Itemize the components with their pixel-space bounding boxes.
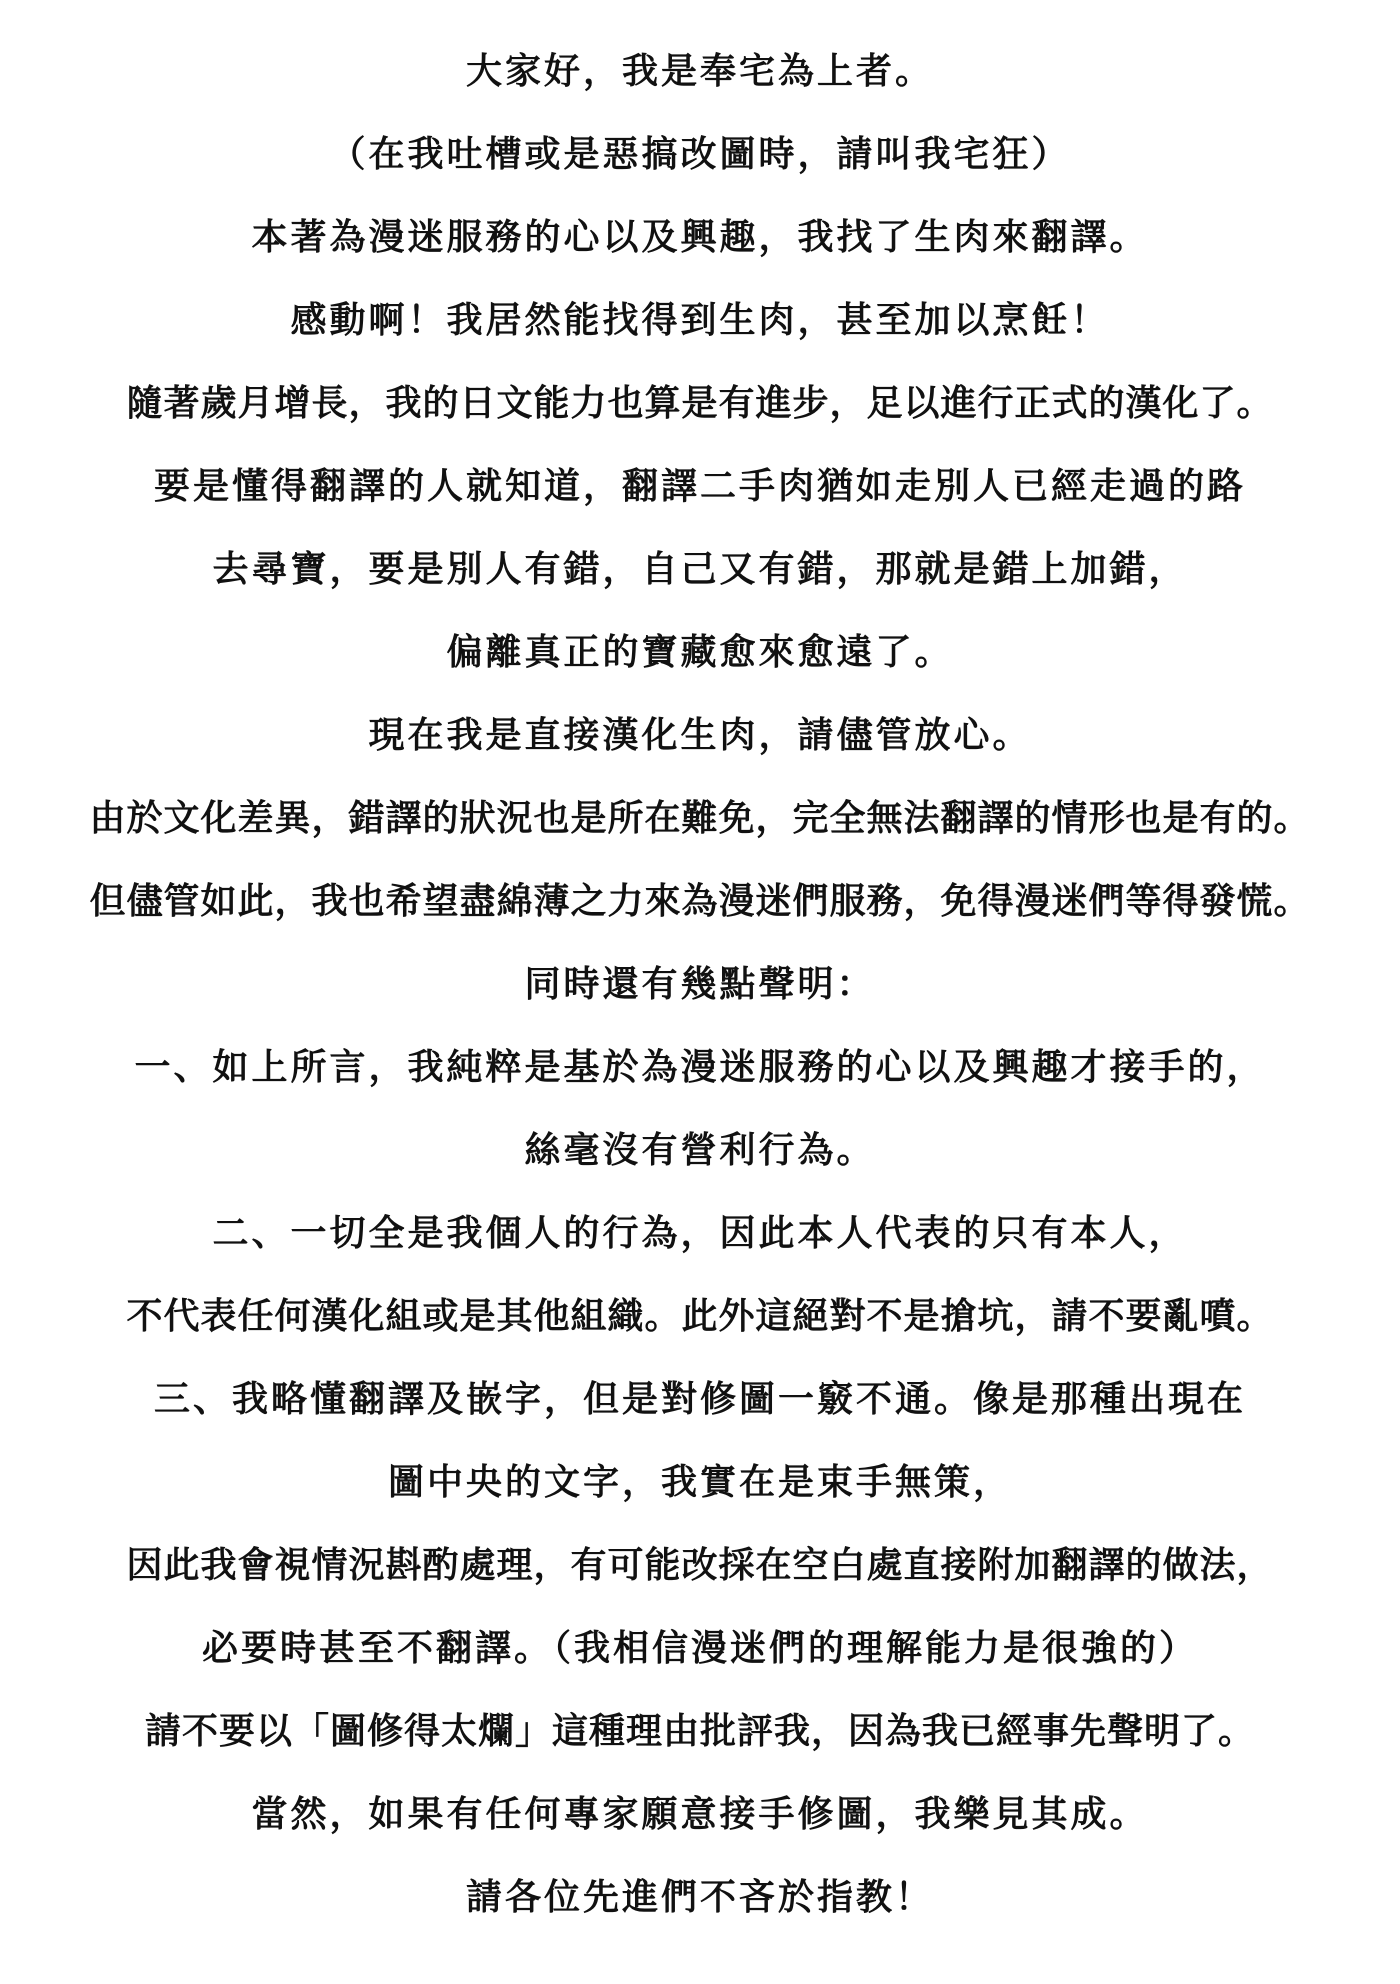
- closing-line: 請各位先進們不吝於指教！: [0, 1856, 1400, 1939]
- disclaimer-2-line-2: 不代表任何漢化組或是其他組織。此外這絕對不是搶坑，請不要亂噴。: [0, 1275, 1400, 1358]
- disclaimer-2-line-1: 二、一切全是我個人的行為，因此本人代表的只有本人，: [0, 1192, 1400, 1275]
- excitement-line: 感動啊！我居然能找得到生肉，甚至加以烹飪！: [0, 279, 1400, 362]
- disclaimer-1-line-2: 絲毫沒有營利行為。: [0, 1109, 1400, 1192]
- second-hand-translation-line-1: 要是懂得翻譯的人就知道，翻譯二手肉猶如走別人已經走過的路: [0, 445, 1400, 528]
- expert-welcome-line: 當然，如果有任何專家願意接手修圖，我樂見其成。: [0, 1773, 1400, 1856]
- criticism-note-line: 請不要以「圖修得太爛」這種理由批評我，因為我已經事先聲明了。: [0, 1690, 1400, 1773]
- language-progress-line: 隨著歲月增長，我的日文能力也算是有進步，足以進行正式的漢化了。: [0, 362, 1400, 445]
- disclaimer-3-line-2: 圖中央的文字，我實在是束手無策，: [0, 1441, 1400, 1524]
- second-hand-translation-line-3: 偏離真正的寶藏愈來愈遠了。: [0, 611, 1400, 694]
- service-commitment-line: 但儘管如此，我也希望盡綿薄之力來為漫迷們服務，免得漫迷們等得發慌。: [0, 860, 1400, 943]
- greeting-line: 大家好，我是奉宅為上者。: [0, 30, 1400, 113]
- nickname-note-line: （在我吐槽或是惡搞改圖時，請叫我宅狂）: [0, 113, 1400, 196]
- second-hand-translation-line-2: 去尋寶，要是別人有錯，自己又有錯，那就是錯上加錯，: [0, 528, 1400, 611]
- disclaimer-3-line-4: 必要時甚至不翻譯。（我相信漫迷們的理解能力是很強的）: [0, 1607, 1400, 1690]
- translator-notice-page: 大家好，我是奉宅為上者。 （在我吐槽或是惡搞改圖時，請叫我宅狂） 本著為漫迷服務…: [0, 0, 1400, 1984]
- notice-text-block: 大家好，我是奉宅為上者。 （在我吐槽或是惡搞改圖時，請叫我宅狂） 本著為漫迷服務…: [0, 30, 1400, 1939]
- disclaimer-3-line-3: 因此我會視情況斟酌處理，有可能改採在空白處直接附加翻譯的做法，: [0, 1524, 1400, 1607]
- direct-translation-line: 現在我是直接漢化生肉，請儘管放心。: [0, 694, 1400, 777]
- disclaimer-1-line-1: 一、如上所言，我純粹是基於為漫迷服務的心以及興趣才接手的，: [0, 1026, 1400, 1109]
- disclaimer-3-line-1: 三、我略懂翻譯及嵌字，但是對修圖一竅不通。像是那種出現在: [0, 1358, 1400, 1441]
- cultural-difference-line: 由於文化差異，錯譯的狀況也是所在難免，完全無法翻譯的情形也是有的。: [0, 777, 1400, 860]
- motivation-line: 本著為漫迷服務的心以及興趣，我找了生肉來翻譯。: [0, 196, 1400, 279]
- disclaimer-heading: 同時還有幾點聲明：: [0, 943, 1400, 1026]
